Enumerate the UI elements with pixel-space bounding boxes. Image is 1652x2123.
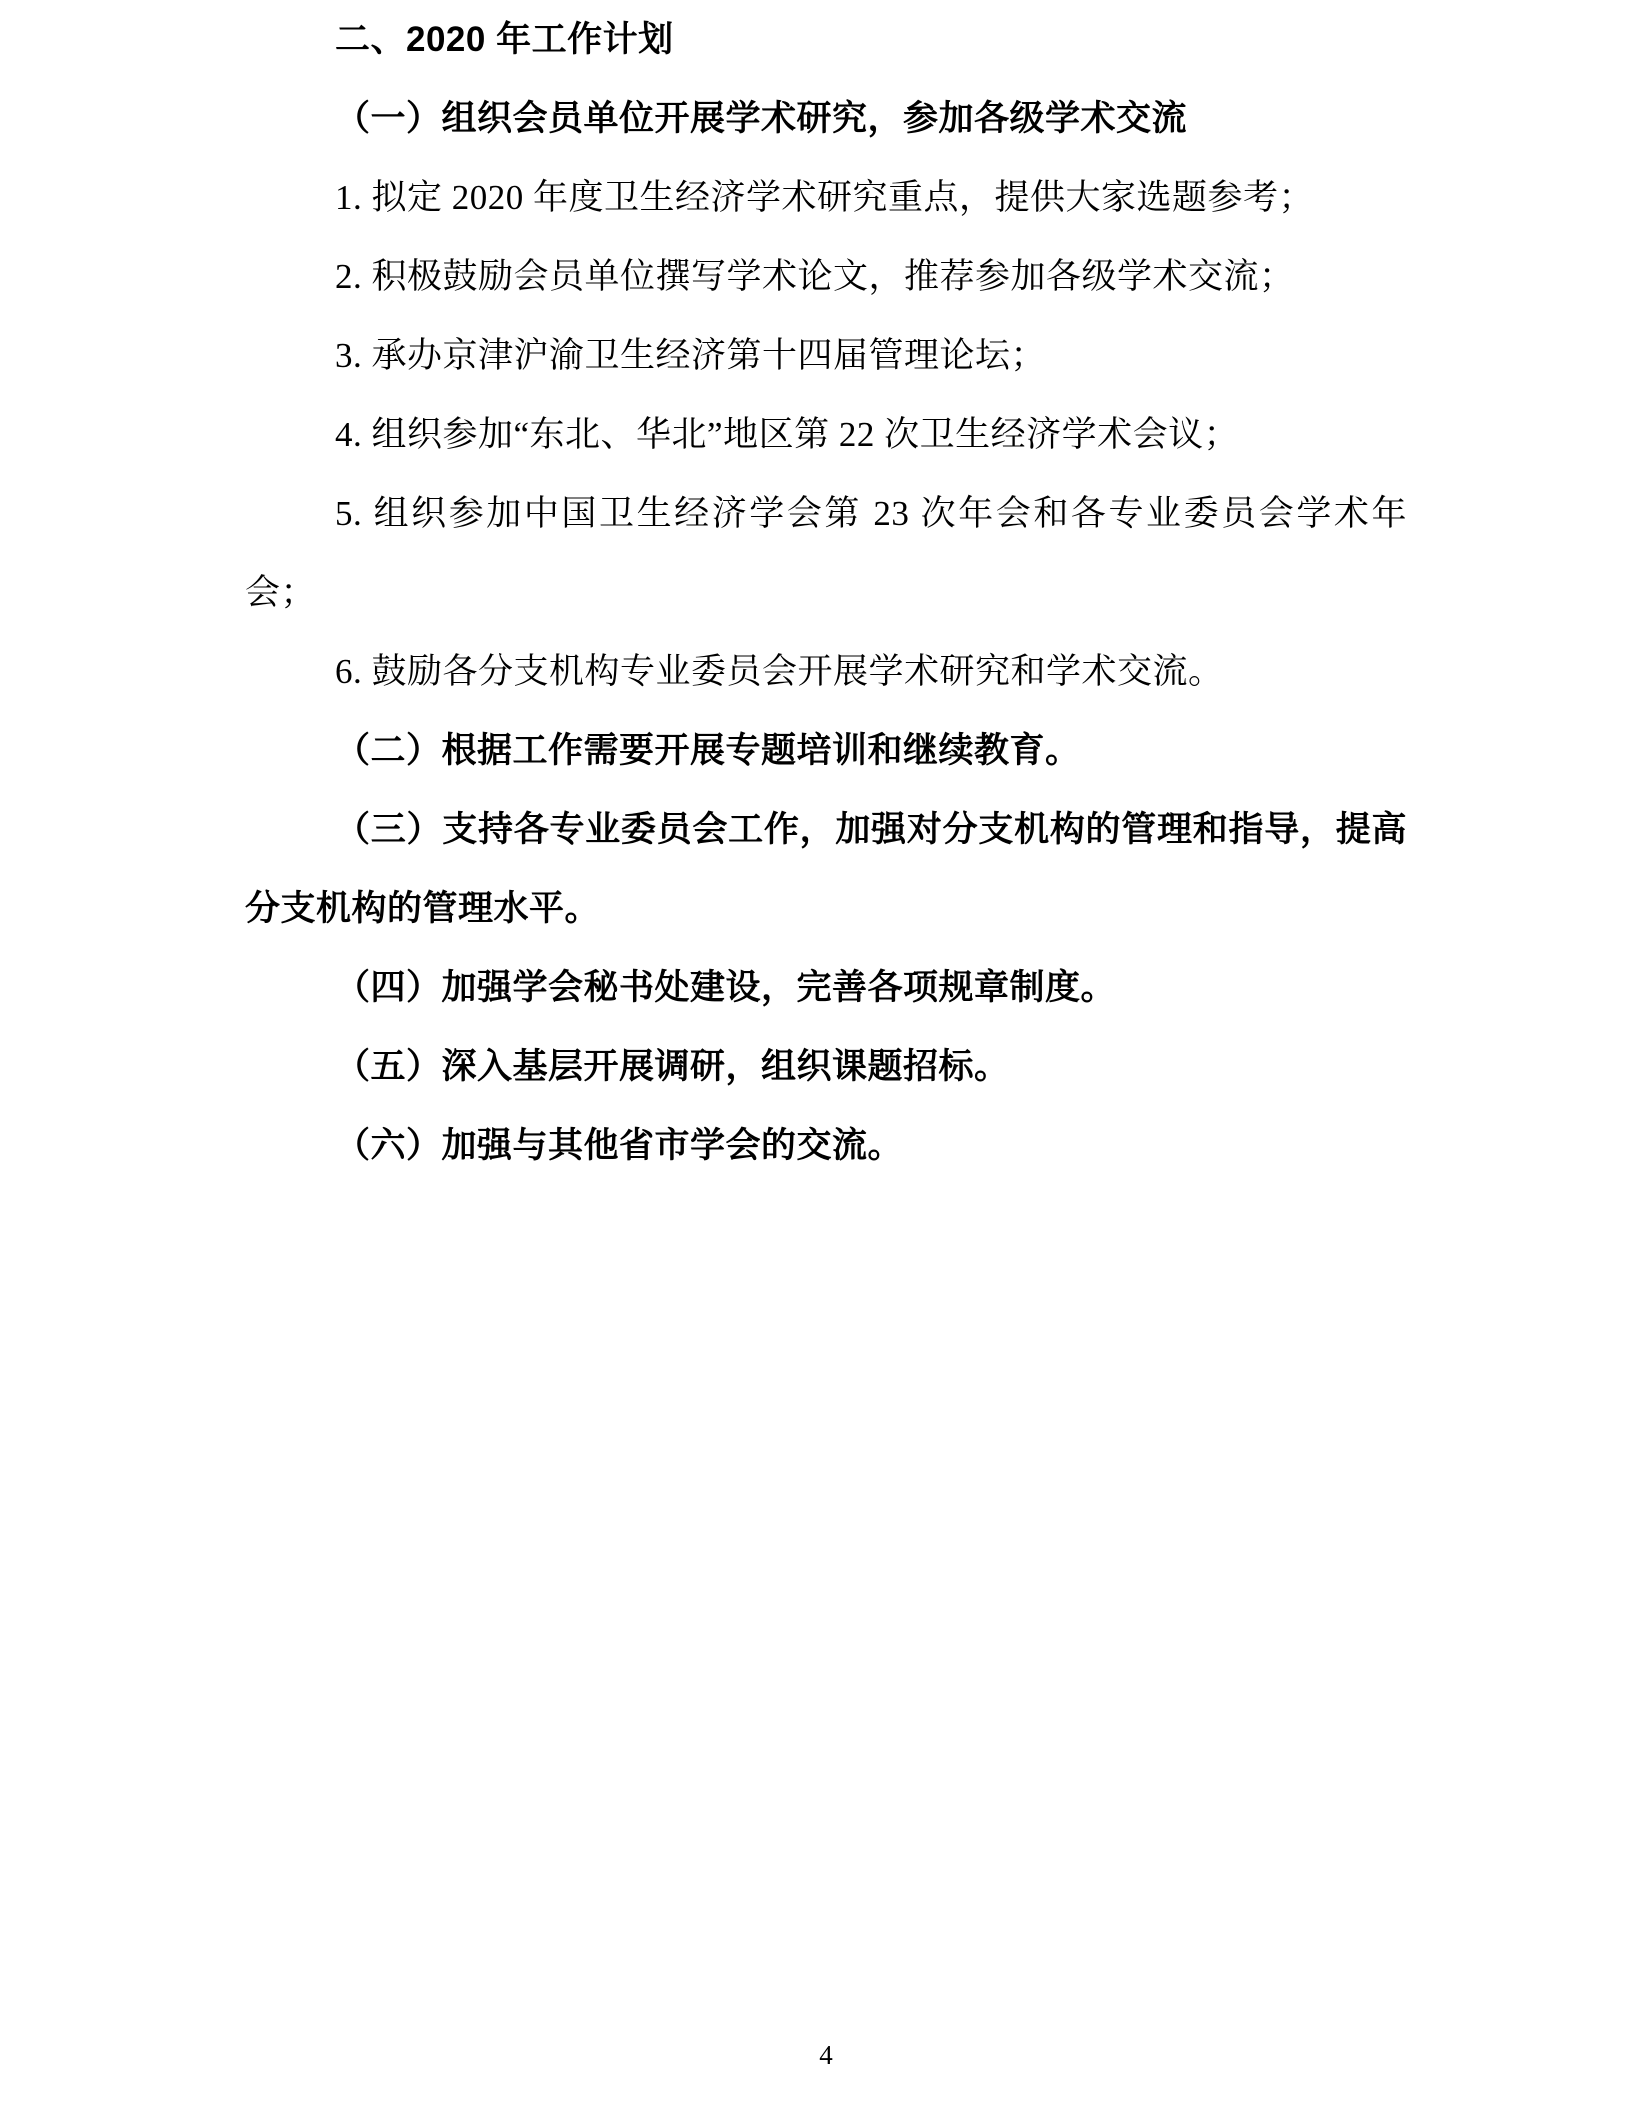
page-number: 4 [0,2040,1652,2071]
subsection-heading-2: （二）根据工作需要开展专题培训和继续教育。 [245,711,1407,790]
list-item-4: 4. 组织参加“东北、华北”地区第 22 次卫生经济学术会议； [245,395,1407,474]
list-item-1: 1. 拟定 2020 年度卫生经济学术研究重点，提供大家选题参考； [245,158,1407,237]
list-item-3: 3. 承办京津沪渝卫生经济第十四届管理论坛； [245,316,1407,395]
section-title: 二、2020 年工作计划 [245,0,1407,79]
list-item-5: 5. 组织参加中国卫生经济学会第 23 次年会和各专业委员会学术年会； [245,474,1407,632]
document-page: 二、2020 年工作计划 （一）组织会员单位开展学术研究，参加各级学术交流 1.… [0,0,1652,2123]
list-item-6: 6. 鼓励各分支机构专业委员会开展学术研究和学术交流。 [245,632,1407,711]
subsection-heading-4: （四）加强学会秘书处建设，完善各项规章制度。 [245,948,1407,1027]
list-item-2: 2. 积极鼓励会员单位撰写学术论文，推荐参加各级学术交流； [245,237,1407,316]
subsection-heading-6: （六）加强与其他省市学会的交流。 [245,1106,1407,1185]
subsection-heading-5: （五）深入基层开展调研，组织课题招标。 [245,1027,1407,1106]
subsection-heading-3: （三）支持各专业委员会工作，加强对分支机构的管理和指导，提高分支机构的管理水平。 [245,790,1407,948]
subsection-heading-1: （一）组织会员单位开展学术研究，参加各级学术交流 [245,79,1407,158]
